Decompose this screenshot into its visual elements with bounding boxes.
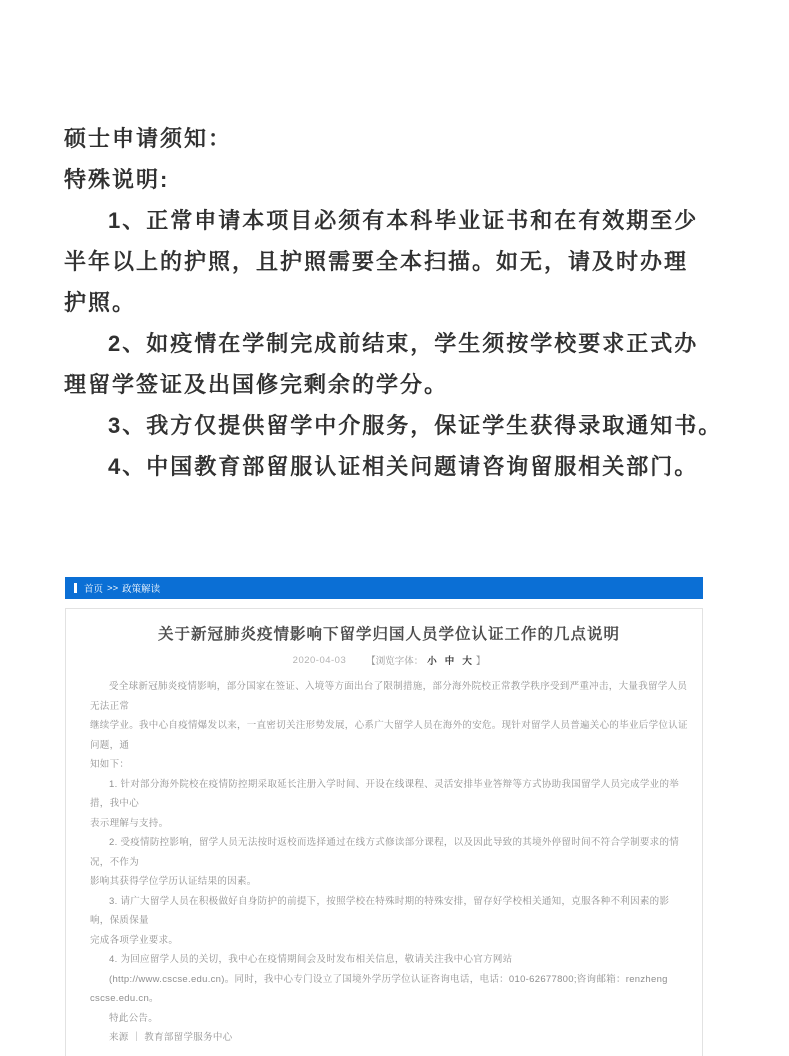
font-size-large-button[interactable]: 大	[462, 656, 472, 667]
article-source: 来源 ｜ 教育部留学服务中心	[90, 1028, 688, 1048]
notice-item-1: 1、正常申请本项目必须有本科毕业证书和在有效期至少 半年以上的护照，且护照需要全…	[64, 200, 728, 323]
article-paragraph-3: 3. 请广大留学人员在积极做好自身防护的前提下，按照学校在特殊时期的特殊安排，留…	[90, 892, 688, 951]
article-paragraph-1: 1. 针对部分海外院校在疫情防控期采取延长注册入学时间、开设在线课程、灵活安排毕…	[90, 775, 688, 834]
article-paragraph-contact: (http://www.cscse.edu.cn)。同时，我中心专门设立了国境外…	[90, 970, 688, 1009]
breadcrumb-bar: 首页 >> 政策解读	[65, 577, 703, 599]
article-title: 关于新冠肺炎疫情影响下留学归国人员学位认证工作的几点说明	[90, 622, 688, 644]
font-size-label-open: 【浏览字体：	[366, 656, 423, 667]
font-size-small-button[interactable]: 小	[427, 656, 437, 667]
article-panel: 关于新冠肺炎疫情影响下留学归国人员学位认证工作的几点说明 2020-04-03 …	[65, 608, 703, 1056]
article-date: 2020-04-03	[293, 655, 347, 666]
notice-heading: 硕士申请须知：	[64, 118, 728, 159]
notice-item-4: 4、中国教育部留服认证相关问题请咨询留服相关部门。	[64, 446, 728, 487]
notice-item-2: 2、如疫情在学制完成前结束，学生须按学校要求正式办 理留学签证及出国修完剩余的学…	[64, 323, 728, 405]
webpage-screenshot: 首页 >> 政策解读 关于新冠肺炎疫情影响下留学归国人员学位认证工作的几点说明 …	[65, 577, 703, 1056]
breadcrumb-current-link[interactable]: 政策解读	[122, 581, 160, 595]
article-paragraph-intro: 受全球新冠肺炎疫情影响，部分国家在签证、入境等方面出台了限制措施，部分海外院校正…	[90, 677, 688, 775]
notice-item-3: 3、我方仅提供留学中介服务，保证学生获得录取通知书。	[64, 405, 728, 446]
font-size-switcher: 【浏览字体：小中大】	[366, 653, 485, 667]
article-paragraph-closing: 特此公告。	[90, 1009, 688, 1029]
article-meta: 2020-04-03 【浏览字体：小中大】	[90, 653, 688, 667]
article-paragraph-2: 2. 受疫情防控影响，留学人员无法按时返校而选择通过在线方式修读部分课程，以及因…	[90, 833, 688, 892]
font-size-label-close: 】	[476, 656, 486, 667]
article-paragraph-4: 4. 为回应留学人员的关切，我中心在疫情期间会及时发布相关信息，敬请关注我中心官…	[90, 950, 688, 970]
breadcrumb-separator: >>	[107, 583, 118, 594]
font-size-medium-button[interactable]: 中	[445, 656, 455, 667]
article-body: 受全球新冠肺炎疫情影响，部分国家在签证、入境等方面出台了限制措施，部分海外院校正…	[90, 677, 688, 1048]
breadcrumb-marker-icon	[74, 583, 77, 593]
breadcrumb-home-link[interactable]: 首页	[84, 581, 103, 595]
notice-subheading: 特殊说明:	[64, 159, 728, 200]
application-notice-text: 硕士申请须知： 特殊说明: 1、正常申请本项目必须有本科毕业证书和在有效期至少 …	[64, 118, 728, 487]
